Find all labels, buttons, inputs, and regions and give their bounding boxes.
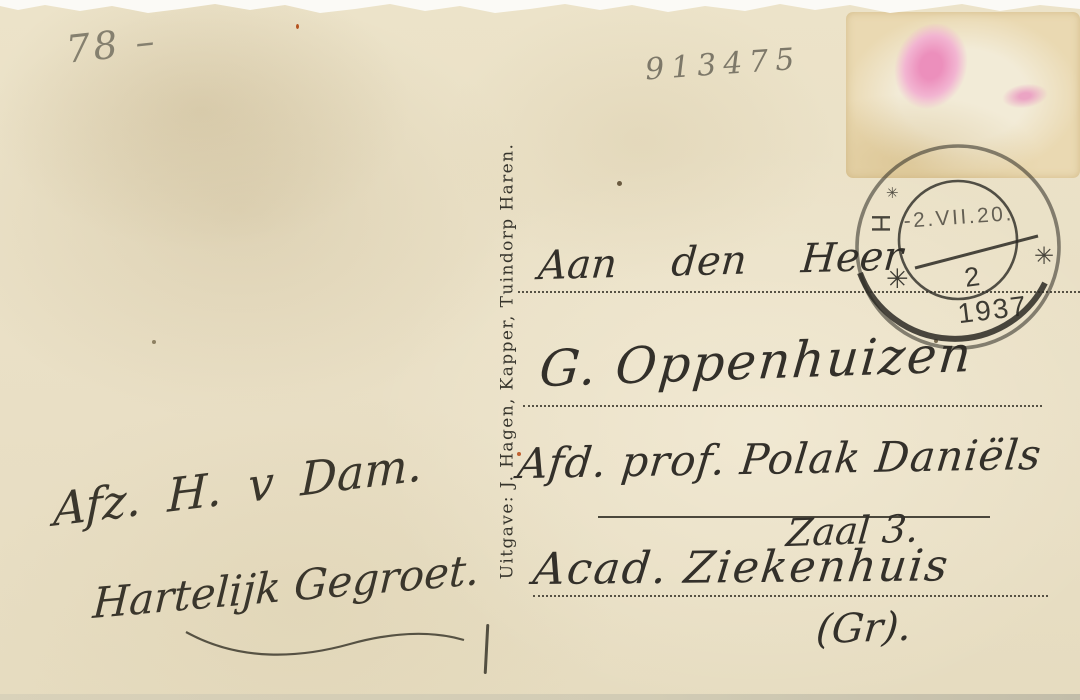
postmark-star-icon: ✳ <box>1034 243 1054 270</box>
foxing-speck <box>152 340 156 344</box>
postmark: H ✳ ✳ ✳ -2.VII.20. 2 1937 <box>830 128 1080 358</box>
postmark-town-letter: H <box>866 214 896 233</box>
address-line-5: Acad. Ziekenhuis <box>531 544 952 592</box>
address-rule-2 <box>523 405 1042 407</box>
pencil-inventory-number: 913475 <box>644 45 802 86</box>
pencil-price-number: 78 – <box>64 21 159 68</box>
postmark-year: 1937 <box>956 290 1030 329</box>
stray-ink-stroke <box>484 624 489 674</box>
scan-edge-shadow <box>0 694 1080 700</box>
postmark-date: -2.VII.20. <box>903 202 1015 233</box>
sender-name: Afz. H. v Dam. <box>53 441 422 533</box>
address-rule-4 <box>533 595 1048 597</box>
address-line-6: (Gr). <box>814 607 912 650</box>
postmark-slot-number: 2 <box>963 261 982 293</box>
address-line-3: Afd. prof. Polak Daniëls <box>516 434 1044 485</box>
postcard-back: 78 – 913475 Uitgave: J. Hagen, Kapper, T… <box>0 0 1080 700</box>
sender-greeting: Hartelijk Gegroet. <box>92 549 481 625</box>
postcard-scan: 78 – 913475 Uitgave: J. Hagen, Kapper, T… <box>0 0 1080 700</box>
publisher-imprint: Uitgave: J. Hagen, Kapper, Tuindorp Hare… <box>500 143 517 580</box>
postmark-inner-circle <box>899 181 1017 299</box>
postmark-star-icon: ✳ <box>886 264 909 294</box>
greeting-flourish <box>180 618 470 663</box>
postmark-star-icon: ✳ <box>886 185 899 202</box>
rust-speck <box>296 24 299 29</box>
foxing-speck <box>617 181 622 186</box>
deckle-edge-top <box>0 0 1080 16</box>
